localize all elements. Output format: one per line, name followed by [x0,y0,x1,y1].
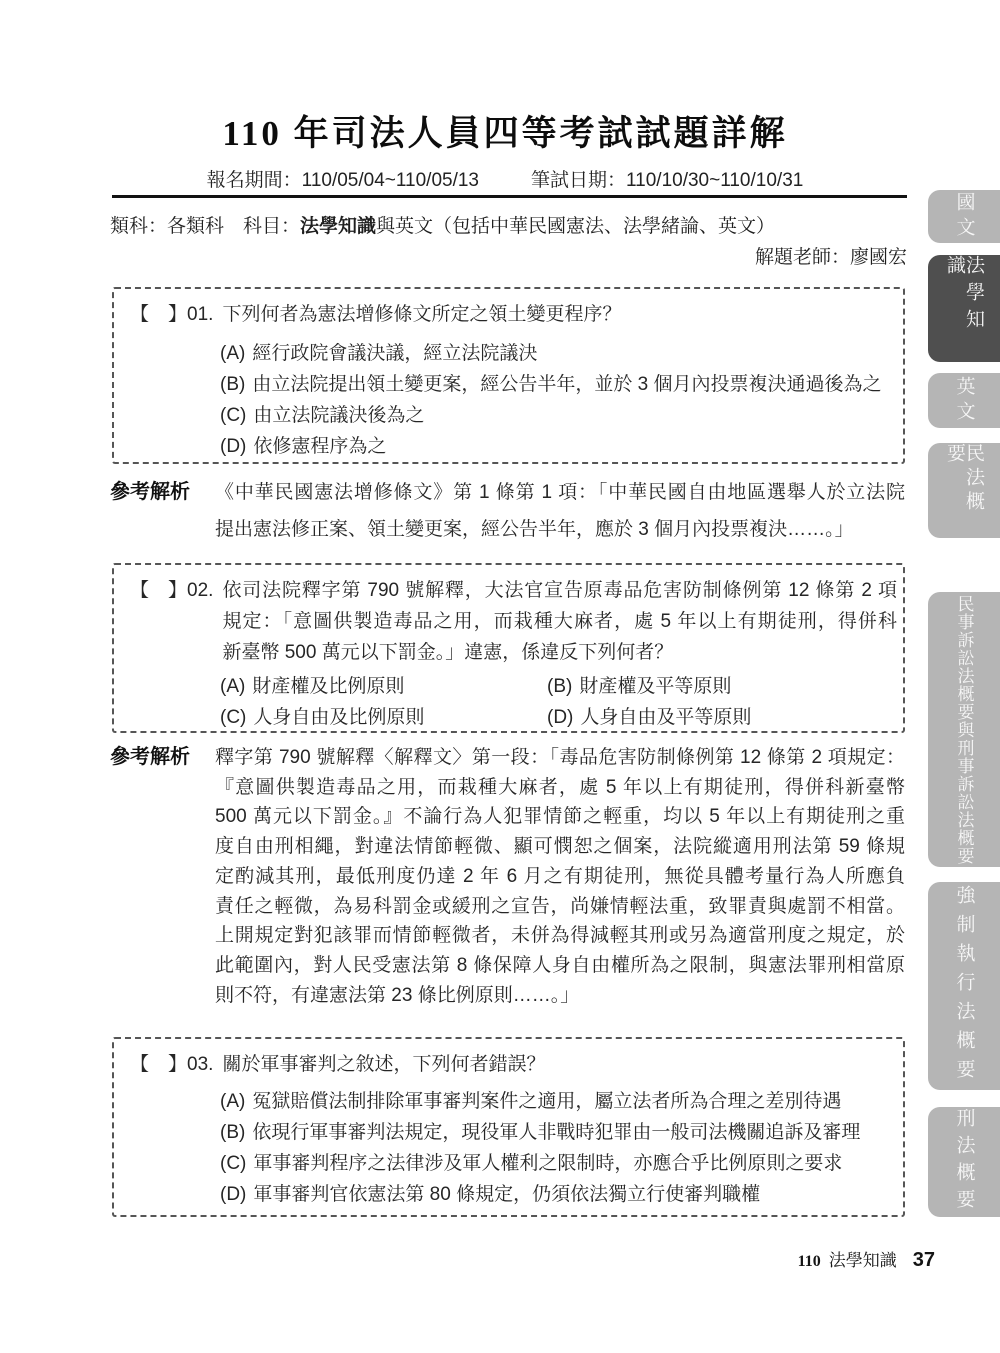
option-text: 冤獄賠償法制排除軍事審判案件之適用，屬立法者所為合理之差別待遇 [252,1091,841,1112]
analysis-line: 『意圖供製造毒品之用，而栽種大麻者，處 5 年以上有期徒刑，得併科新臺幣 [215,773,905,803]
question-02-stem-row: 【 】 02. 依司法院釋字第 790 號解釋，大法官宣告原毒品危害防制條例第 … [130,575,897,668]
analysis-line: 釋字第 790 號解釋〈解釋文〉第一段：「毒品危害防制條例第 12 條第 2 項… [215,743,905,773]
question-03-options: (A)冤獄賠償法制排除軍事審判案件之適用，屬立法者所為合理之差別待遇 (B)依現… [220,1086,897,1210]
side-tab-label: 民法概要 [945,443,983,538]
side-tab-label: 國文 [955,192,974,242]
option-c: (C)人身自由及比例原則 [220,702,547,733]
analysis-line: 責任之輕微，為易科罰金或緩刑之宣告，尚嫌情輕法重，致罪責與處罰不相當。 [215,892,905,922]
option-label: (D) [220,436,246,457]
side-tab-english: 英文 [928,373,1000,428]
stem-line: 新臺幣 500 萬元以下罰金。」違憲，係違反下列何者？ [222,637,897,668]
options-row: (A)財產權及比例原則 (B)財產權及平等原則 [220,671,897,702]
analysis-label: 參考解析 [110,474,190,511]
answer-bracket: 【 】 [130,575,187,606]
page-title: 110 年司法人員四等考試試題詳解 [105,106,905,156]
option-d: (D)軍事審判官依憲法第 80 條規定，仍須依法獨立行使審判職權 [220,1179,897,1210]
analysis-line: 上開規定對犯該罪而情節輕微者，未併為得減輕其刑或另為適當刑度之規定，於 [215,921,905,951]
option-c: (C)由立法院議決後為之 [220,400,897,431]
option-label: (B) [547,676,572,697]
option-label: (A) [220,676,245,697]
option-label: (D) [547,707,573,728]
footer-page-number: 37 [913,1249,935,1272]
book-page: 110 年司法人員四等考試試題詳解 報名期間：110/05/04~110/05/… [0,0,1000,1353]
analysis-line: 此範圍內，對人民受憲法第 8 條保障人身自由權所為之限制，與憲法罪刑相當原 [215,951,905,981]
stem-line: 依司法院釋字第 790 號解釋，大法官宣告原毒品危害防制條例第 12 條第 2 … [222,575,897,606]
stem-line: 下列何者為憲法增修條文所定之領土變更程序？ [222,299,897,330]
analysis-line: 度自由刑相繩，對違法情節輕微、顯可憫恕之個案，法院縱適用刑法第 59 條規 [215,832,905,862]
question-stem: 依司法院釋字第 790 號解釋，大法官宣告原毒品危害防制條例第 12 條第 2 … [222,575,897,668]
option-label: (A) [220,343,245,364]
question-01-stem-row: 【 】 01. 下列何者為憲法增修條文所定之領土變更程序？ [130,299,897,330]
question-number: 01. [187,299,213,330]
exam-dates-line: 報名期間：110/05/04~110/05/13 筆試日期：110/10/30~… [105,165,905,192]
option-text: 由立法院議決後為之 [253,405,424,426]
side-tab-label: 民事訴訟法概要與刑事訴訟法概要 [956,595,973,865]
option-text: 依現行軍事審判法規定，現役軍人非戰時犯罪由一般司法機關追訴及審理 [252,1122,860,1143]
question-number: 02. [187,575,213,606]
option-a: (A)經行政院會議決議，經立法院議決 [220,338,897,369]
option-label: (B) [220,374,245,395]
option-text: 軍事審判官依憲法第 80 條規定，仍須依法獨立行使審判職權 [253,1184,760,1205]
option-text: 由立法院提出領土變更案，經公告半年，並於 3 個月內投票複決通過後為之 [252,374,881,395]
option-text: 人身自由及平等原則 [580,707,751,728]
question-01-options: (A)經行政院會議決議，經立法院議決 (B)由立法院提出領土變更案，經公告半年，… [220,338,897,462]
analysis-label: 參考解析 [110,743,190,773]
question-03-stem-row: 【 】 03. 關於軍事審判之敘述，下列何者錯誤？ [130,1049,897,1080]
analysis-line: 則不符，有違憲法第 23 條比例原則……。」 [215,981,905,1011]
category-subject-line: 類科：各類科 科目：法學知識與英文（包括中華民國憲法、法學緒論、英文） [110,211,905,238]
answer-bracket: 【 】 [130,1049,187,1080]
option-c: (C)軍事審判程序之法律涉及軍人權利之限制時，亦應合乎比例原則之要求 [220,1148,897,1179]
answer-bracket: 【 】 [130,299,187,330]
analysis-02-body: 釋字第 790 號解釋〈解釋文〉第一段：「毒品危害防制條例第 12 條第 2 項… [215,743,905,1010]
stem-line: 規定：「意圖供製造毒品之用，而栽種大麻者，處 5 年以上有期徒刑，得併科 [222,606,897,637]
question-box-02: 【 】 02. 依司法院釋字第 790 號解釋，大法官宣告原毒品危害防制條例第 … [112,563,905,733]
side-tab-legal-knowledge-active: 法學知識 [928,255,1000,362]
option-label: (C) [220,1153,246,1174]
option-a: (A)冤獄賠償法制排除軍事審判案件之適用，屬立法者所為合理之差別待遇 [220,1086,897,1117]
side-tab-civil-law: 民法概要 [928,443,1000,538]
written-exam-date: 筆試日期：110/10/30~110/10/31 [531,165,803,192]
side-tab-chinese: 國文 [928,190,1000,243]
side-tab-civil-criminal-procedure: 民事訴訟法概要與刑事訴訟法概要 [928,592,1000,867]
page-footer: 110 法學知識 37 [798,1246,935,1272]
option-b: (B)由立法院提出領土變更案，經公告半年，並於 3 個月內投票複決通過後為之 [220,369,897,400]
question-02-options: (A)財產權及比例原則 (B)財產權及平等原則 (C)人身自由及比例原則 (D)… [220,671,897,733]
option-label: (B) [220,1122,245,1143]
option-d: (D)人身自由及平等原則 [547,702,751,733]
option-text: 人身自由及比例原則 [253,707,424,728]
registration-period: 報名期間：110/05/04~110/05/13 [207,165,479,192]
option-a: (A)財產權及比例原則 [220,671,547,702]
analysis-line: 提出憲法修正案、領土變更案，經公告半年，應於 3 個月內投票複決……。」 [215,511,905,548]
option-text: 軍事審判程序之法律涉及軍人權利之限制時，亦應合乎比例原則之要求 [253,1153,842,1174]
option-text: 財產權及平等原則 [579,676,731,697]
category-prefix: 類科：各類科 科目： [110,216,300,237]
side-tab-label: 英文 [955,376,974,426]
subject-rest: 與英文（包括中華民國憲法、法學緒論、英文） [376,216,775,237]
side-tab-label: 法學知識 [945,255,983,362]
side-tab-criminal-law: 刑法概要 [928,1107,1000,1217]
option-b: (B)財產權及平等原則 [547,671,731,702]
question-stem: 關於軍事審判之敘述，下列何者錯誤？ [222,1049,897,1080]
option-label: (D) [220,1184,246,1205]
analysis-line: 定酌減其刑，最低刑度仍達 2 年 6 月之有期徒刑，無從具體考量行為人所應負 [215,862,905,892]
options-row: (C)人身自由及比例原則 (D)人身自由及平等原則 [220,702,897,733]
option-text: 財產權及比例原則 [252,676,404,697]
question-box-03: 【 】 03. 關於軍事審判之敘述，下列何者錯誤？ (A)冤獄賠償法制排除軍事審… [112,1037,905,1217]
option-label: (A) [220,1091,245,1112]
analysis-01-body: 《中華民國憲法增修條文》第 1 條第 1 項：「中華民國自由地區選舉人於立法院 … [215,474,905,548]
question-number: 03. [187,1049,213,1080]
analysis-line: 《中華民國憲法增修條文》第 1 條第 1 項：「中華民國自由地區選舉人於立法院 [215,474,905,511]
footer-year: 110 [798,1253,821,1271]
option-b: (B)依現行軍事審判法規定，現役軍人非戰時犯罪由一般司法機關追訴及審理 [220,1117,897,1148]
footer-subject: 法學知識 [829,1246,897,1271]
side-tab-label: 刑法概要 [955,1108,974,1216]
question-stem: 下列何者為憲法增修條文所定之領土變更程序？ [222,299,897,330]
option-text: 經行政院會議決議，經立法院議決 [252,343,537,364]
option-text: 依修憲程序為之 [253,436,386,457]
question-box-01: 【 】 01. 下列何者為憲法增修條文所定之領土變更程序？ (A)經行政院會議決… [112,287,905,464]
solver-teacher: 解題老師：廖國宏 [755,242,907,269]
analysis-line: 500 萬元以下罰金。』不論行為人犯罪情節之輕重，均以 5 年以上有期徒刑之重 [215,802,905,832]
side-tab-label: 強制執行法概要 [955,885,974,1088]
side-tab-compulsory-execution: 強制執行法概要 [928,882,1000,1090]
option-label: (C) [220,707,246,728]
header-divider [112,195,907,198]
option-d: (D)依修憲程序為之 [220,431,897,462]
stem-line: 關於軍事審判之敘述，下列何者錯誤？ [222,1049,897,1080]
subject-name-bold: 法學知識 [300,216,376,237]
option-label: (C) [220,405,246,426]
